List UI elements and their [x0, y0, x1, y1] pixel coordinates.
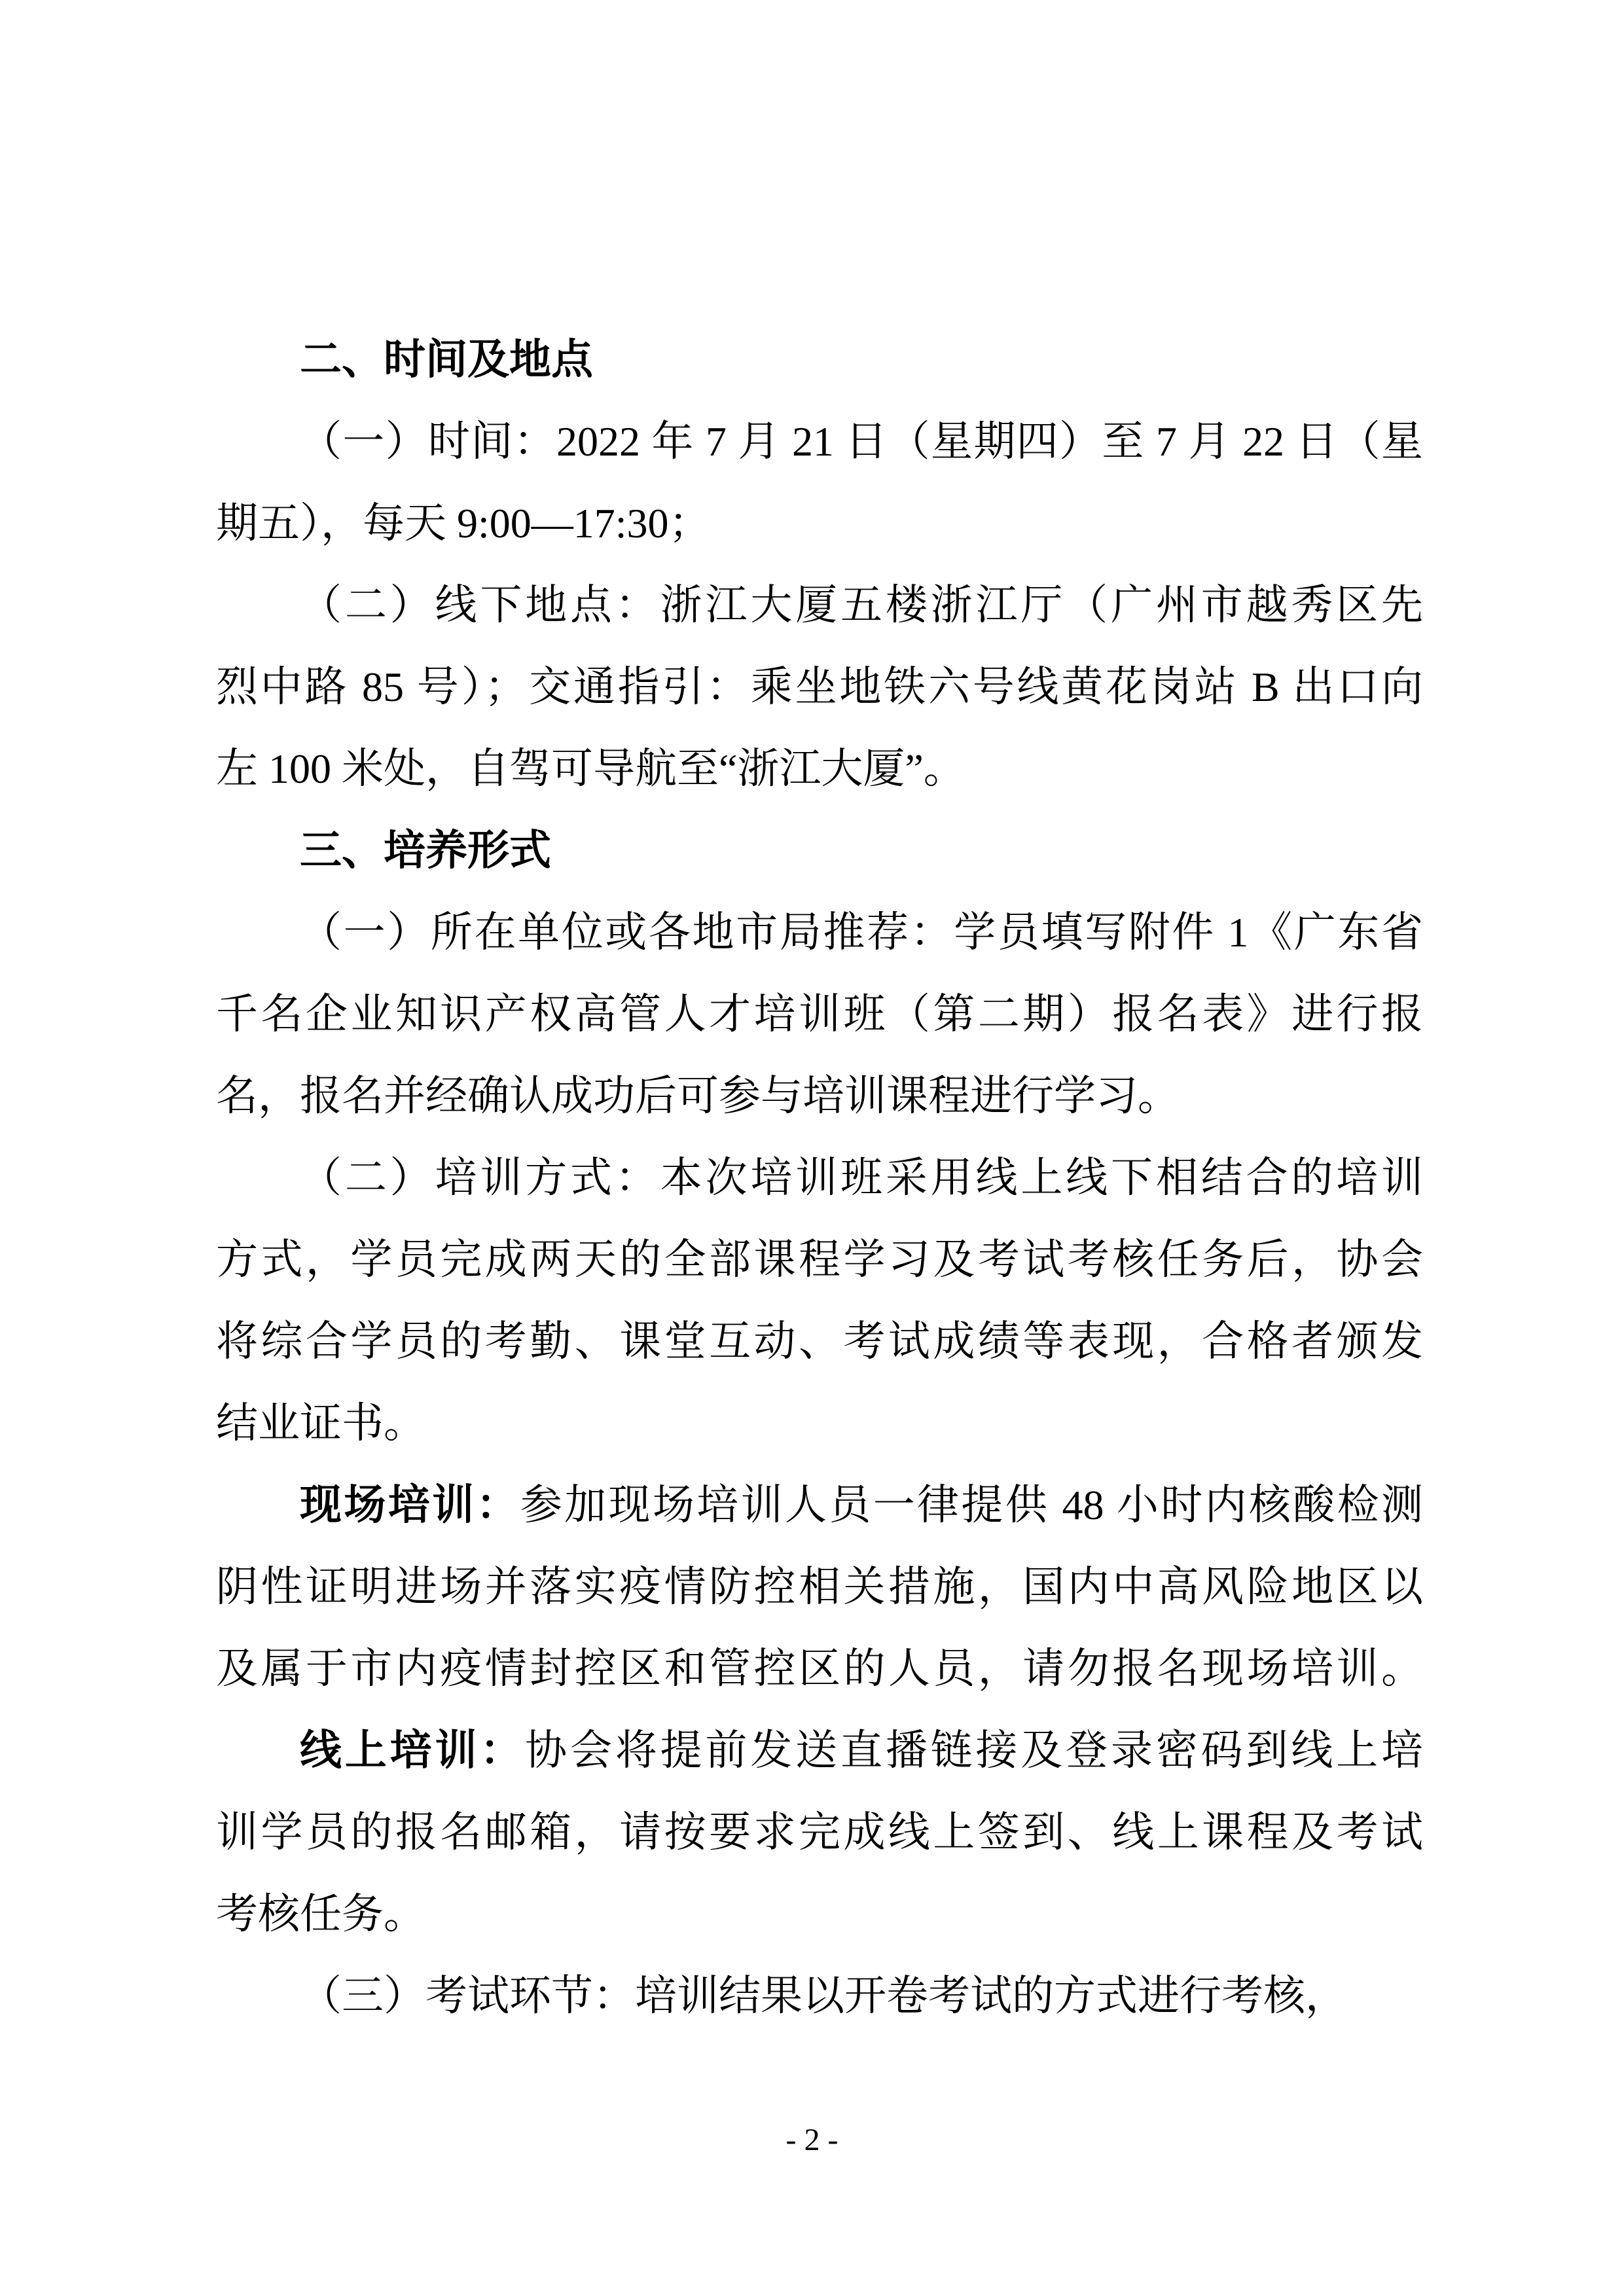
onsite-training-label: 现场培训： [300, 1481, 520, 1528]
body-line: （一）时间：2022 年 7 月 21 日（星期四）至 7 月 22 日（星 [216, 401, 1423, 482]
body-line: 烈中路 85 号）；交通指引：乘坐地铁六号线黄花岗站 B 出口向 [216, 646, 1423, 728]
body-line: 方式，学员完成两天的全部课程学习及考试考核任务后，协会 [216, 1219, 1423, 1300]
body-line: （二）培训方式：本次培训班采用线上线下相结合的培训 [216, 1137, 1423, 1219]
page-number: - 2 - [0, 2121, 1624, 2160]
body-line: 训学员的报名邮箱，请按要求完成线上签到、线上课程及考试 [216, 1791, 1423, 1873]
body-line: （三）考试环节：培训结果以开卷考试的方式进行考核， [216, 1955, 1423, 2037]
body-line: 结业证书。 [216, 1382, 1423, 1464]
body-line: （二）线下地点：浙江大厦五楼浙江厅（广州市越秀区先 [216, 564, 1423, 646]
body-line: 及属于市内疫情封控区和管控区的人员，请勿报名现场培训。 [216, 1628, 1423, 1710]
body-line: 考核任务。 [216, 1873, 1423, 1955]
body-line: 将综合学员的考勤、课堂互动、考试成绩等表现，合格者颁发 [216, 1300, 1423, 1382]
body-line-online-training: 线上培训：协会将提前发送直播链接及登录密码到线上培 [216, 1710, 1423, 1791]
document-page: 二、时间及地点 （一）时间：2022 年 7 月 21 日（星期四）至 7 月 … [0, 0, 1624, 2296]
body-line: 名，报名并经确认成功后可参与培训课程进行学习。 [216, 1055, 1423, 1137]
body-line: 阴性证明进场并落实疫情防控相关措施，国内中高风险地区以 [216, 1546, 1423, 1628]
online-training-label: 线上培训： [300, 1727, 525, 1774]
section-heading-time-location: 二、时间及地点 [216, 319, 1423, 401]
body-line-onsite-training: 现场培训：参加现场培训人员一律提供 48 小时内核酸检测 [216, 1464, 1423, 1546]
body-line: 左 100 米处，自驾可导航至“浙江大厦”。 [216, 728, 1423, 810]
body-text: 协会将提前发送直播链接及登录密码到线上培 [525, 1727, 1423, 1774]
body-line: （一）所在单位或各地市局推荐：学员填写附件 1《广东省 [216, 891, 1423, 973]
body-line: 期五），每天 9:00—17:30； [216, 482, 1423, 564]
document-body: 二、时间及地点 （一）时间：2022 年 7 月 21 日（星期四）至 7 月 … [216, 319, 1423, 2037]
body-text: 参加现场培训人员一律提供 48 小时内核酸检测 [520, 1482, 1423, 1528]
section-heading-training-format: 三、培养形式 [216, 810, 1423, 891]
body-line: 千名企业知识产权高管人才培训班（第二期）报名表》进行报 [216, 973, 1423, 1055]
